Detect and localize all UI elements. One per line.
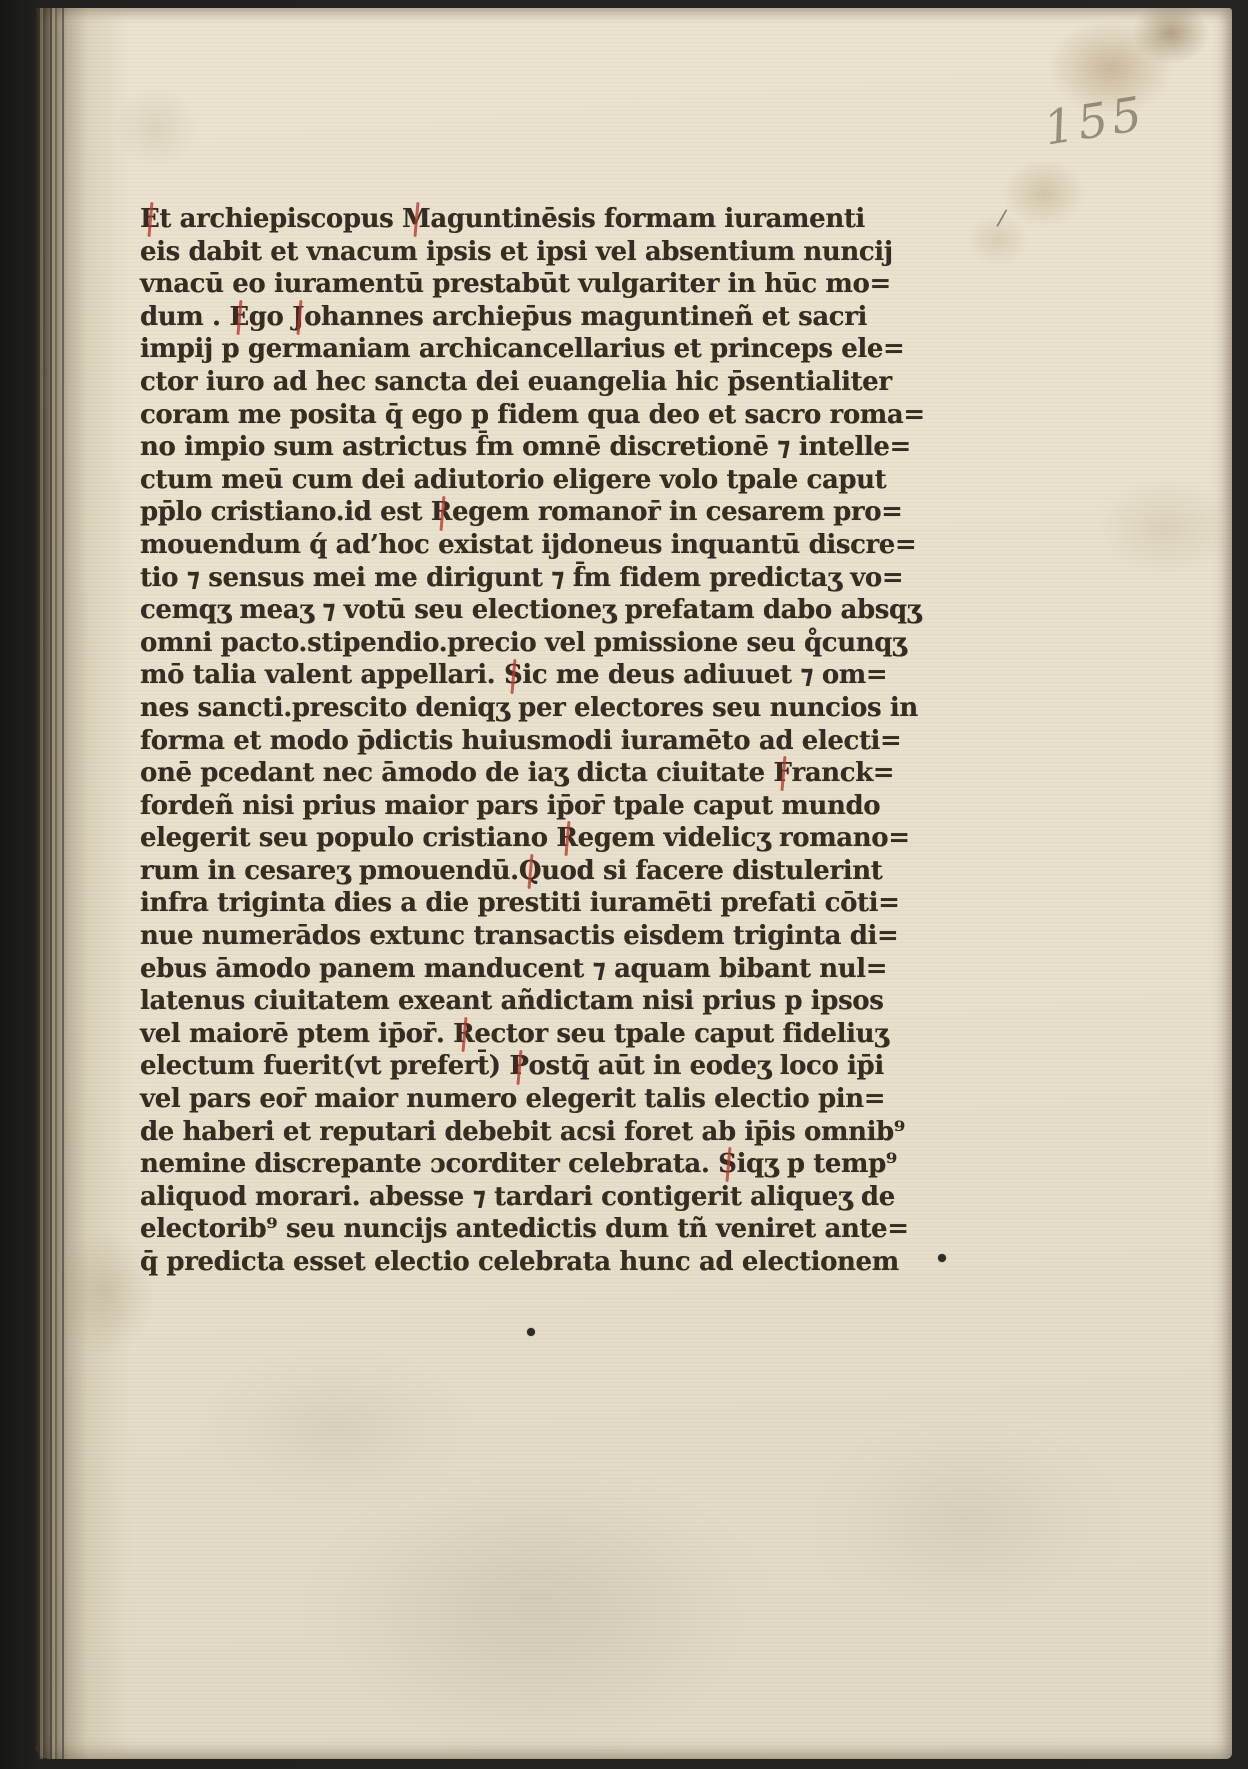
text-segment: ranck= xyxy=(792,758,895,788)
text-segment: dum . xyxy=(140,302,229,332)
text-segment: tio ⁊ sensus mei me dirigunt ⁊ f̄m fidem… xyxy=(140,563,903,593)
rubricated-initial: F xyxy=(773,758,791,788)
rubricated-initial: J xyxy=(292,302,304,332)
text-segment: ctor iuro ad hec sancta dei euangelia hi… xyxy=(140,367,892,397)
text-line: no impio sum astrictus f̄m omnē discreti… xyxy=(140,432,852,465)
rubricated-initial: M xyxy=(402,204,430,234)
text-line: mō talia valent appellari. Sic me deus a… xyxy=(140,660,852,693)
text-segment: vel maiorē ptem ip̄or̄. xyxy=(140,1019,453,1049)
text-line: omni pacto.stipendio.precio vel pmission… xyxy=(140,628,852,661)
text-segment: uod si facere distulerint xyxy=(541,856,882,886)
text-segment: no impio sum astrictus f̄m omnē discreti… xyxy=(140,432,911,462)
text-segment: electum fuerit(vt prefert̄) xyxy=(140,1051,509,1081)
rubricated-initial: E xyxy=(140,204,159,234)
text-line: de haberi et reputari debebit acsi foret… xyxy=(140,1117,852,1150)
rubricated-initial: R xyxy=(556,823,577,853)
text-line: vel pars eor̄ maior numero elegerit tali… xyxy=(140,1084,852,1117)
text-line: latenus ciuitatem exeant añdictam nisi p… xyxy=(140,986,852,1019)
text-segment: nemine discrepante ɔcorditer celebrata. xyxy=(140,1149,718,1179)
text-segment: vel pars eor̄ maior numero elegerit tali… xyxy=(140,1084,885,1114)
text-line: aliquod morari. abesse ⁊ tardari contige… xyxy=(140,1182,852,1215)
text-segment: q̄ predicta esset electio celebrata hunc… xyxy=(140,1247,899,1277)
text-segment: ohannes archiep̄us maguntineñ et sacri xyxy=(304,302,867,332)
text-line: Et archiepiscopus Maguntinēsis formam iu… xyxy=(140,204,852,237)
text-segment: de haberi et reputari debebit acsi foret… xyxy=(140,1117,905,1147)
rubricated-initial: R xyxy=(431,497,452,527)
text-line: coram me posita q̄ ego p fidem qua deo e… xyxy=(140,400,852,433)
text-line: rum in cesareʒ pmouendū.Quod si facere d… xyxy=(140,856,852,889)
text-segment: egem romanor̄ in cesarem pro= xyxy=(452,497,903,527)
text-line: ebus āmodo panem manducent ⁊ aquam biban… xyxy=(140,954,852,987)
ink-dot xyxy=(527,1328,535,1336)
text-segment: onē pcedant nec āmodo de iaʒ dicta ciuit… xyxy=(140,758,773,788)
text-segment: ebus āmodo panem manducent ⁊ aquam biban… xyxy=(140,954,887,984)
text-line: dum . Ego Johannes archiep̄us maguntineñ… xyxy=(140,302,852,335)
text-segment: ostq̄ aūt in eodeʒ loco ip̄i xyxy=(529,1051,884,1081)
ink-dot xyxy=(938,1254,946,1262)
text-segment: t archiepiscopus xyxy=(159,204,402,234)
text-line: pp̄lo cristiano.id est Regem romanor̄ in… xyxy=(140,497,852,530)
scanned-book-photo: 155 / Et archiepiscopus Maguntinēsis for… xyxy=(0,0,1248,1769)
text-line: forma et modo p̄dictis huiusmodi iuramēt… xyxy=(140,726,852,759)
text-line: eis dabit et vnacum ipsis et ipsi vel ab… xyxy=(140,237,852,270)
text-line: nes sancti.prescito deniqʒ per electores… xyxy=(140,693,852,726)
text-line: cemqʒ meaʒ ⁊ votū seu electioneʒ prefata… xyxy=(140,595,852,628)
text-line: nemine discrepante ɔcorditer celebrata. … xyxy=(140,1149,852,1182)
text-segment: egem videlicʒ romano= xyxy=(578,823,910,853)
text-segment: go xyxy=(249,302,292,332)
rubricated-initial: Q xyxy=(519,856,541,886)
text-line: onē pcedant nec āmodo de iaʒ dicta ciuit… xyxy=(140,758,852,791)
text-segment: aliquod morari. abesse ⁊ tardari contige… xyxy=(140,1182,895,1212)
text-line: infra triginta dies a die prestiti iuram… xyxy=(140,888,852,921)
rubricated-initial: E xyxy=(229,302,248,332)
pen-mark: / xyxy=(995,206,1007,232)
printed-text-block: Et archiepiscopus Maguntinēsis formam iu… xyxy=(140,204,852,1280)
text-segment: ector seu tpale caput fideliuʒ xyxy=(474,1019,888,1049)
book-gutter-page-edges xyxy=(36,8,136,1759)
rubricated-initial: S xyxy=(504,660,522,690)
text-line: mouendum q́ ad’hoc existat ijdoneus inqu… xyxy=(140,530,852,563)
text-segment: nue numerādos extunc transactis eisdem t… xyxy=(140,921,898,951)
handwritten-folio-number: 155 xyxy=(1040,86,1149,156)
text-segment: impij p germaniam archicancellarius et p… xyxy=(140,334,904,364)
text-line: impij p germaniam archicancellarius et p… xyxy=(140,334,852,367)
text-segment: coram me posita q̄ ego p fidem qua deo e… xyxy=(140,400,925,430)
text-segment: iqʒ p temp⁹ xyxy=(737,1149,897,1179)
rubricated-initial: R xyxy=(453,1019,474,1049)
text-line: ctum meū cum dei adiutorio eligere volo … xyxy=(140,465,852,498)
text-segment: omni pacto.stipendio.precio vel pmission… xyxy=(140,628,906,658)
text-segment: electorib⁹ seu nuncijs antedictis dum tñ… xyxy=(140,1214,909,1244)
text-line: elegerit seu populo cristiano Regem vide… xyxy=(140,823,852,856)
text-line: vnacū eo iuramentū prestabūt vulgariter … xyxy=(140,269,852,302)
text-line: electum fuerit(vt prefert̄) Postq̄ aūt i… xyxy=(140,1051,852,1084)
text-segment: latenus ciuitatem exeant añdictam nisi p… xyxy=(140,986,883,1016)
text-segment: ctum meū cum dei adiutorio eligere volo … xyxy=(140,465,886,495)
rubricated-initial: S xyxy=(718,1149,736,1179)
text-line: nue numerādos extunc transactis eisdem t… xyxy=(140,921,852,954)
text-segment: nes sancti.prescito deniqʒ per electores… xyxy=(140,693,918,723)
text-segment: aguntinēsis formam iuramenti xyxy=(430,204,864,234)
text-line: vel maiorē ptem ip̄or̄. Rector seu tpale… xyxy=(140,1019,852,1052)
text-line: tio ⁊ sensus mei me dirigunt ⁊ f̄m fidem… xyxy=(140,563,852,596)
text-segment: vnacū eo iuramentū prestabūt vulgariter … xyxy=(140,269,891,299)
text-segment: forma et modo p̄dictis huiusmodi iuramēt… xyxy=(140,726,901,756)
text-segment: rum in cesareʒ pmouendū. xyxy=(140,856,519,886)
text-segment: cemqʒ meaʒ ⁊ votū seu electioneʒ prefata… xyxy=(140,595,921,625)
text-segment: elegerit seu populo cristiano xyxy=(140,823,556,853)
text-segment: mō talia valent appellari. xyxy=(140,660,504,690)
text-segment: ic me deus adiuuet ⁊ om= xyxy=(522,660,887,690)
text-line: electorib⁹ seu nuncijs antedictis dum tñ… xyxy=(140,1214,852,1247)
text-segment: infra triginta dies a die prestiti iuram… xyxy=(140,888,900,918)
text-line: ctor iuro ad hec sancta dei euangelia hi… xyxy=(140,367,852,400)
text-segment: eis dabit et vnacum ipsis et ipsi vel ab… xyxy=(140,237,893,267)
text-line: fordeñ nisi prius maior pars ip̄or̄ tpal… xyxy=(140,791,852,824)
rubricated-initial: P xyxy=(509,1051,528,1081)
text-line: q̄ predicta esset electio celebrata hunc… xyxy=(140,1247,852,1280)
text-segment: pp̄lo cristiano.id est xyxy=(140,497,431,527)
manuscript-page: 155 / Et archiepiscopus Maguntinēsis for… xyxy=(36,8,1232,1759)
text-segment: mouendum q́ ad’hoc existat ijdoneus inqu… xyxy=(140,530,916,560)
text-segment: fordeñ nisi prius maior pars ip̄or̄ tpal… xyxy=(140,791,880,821)
